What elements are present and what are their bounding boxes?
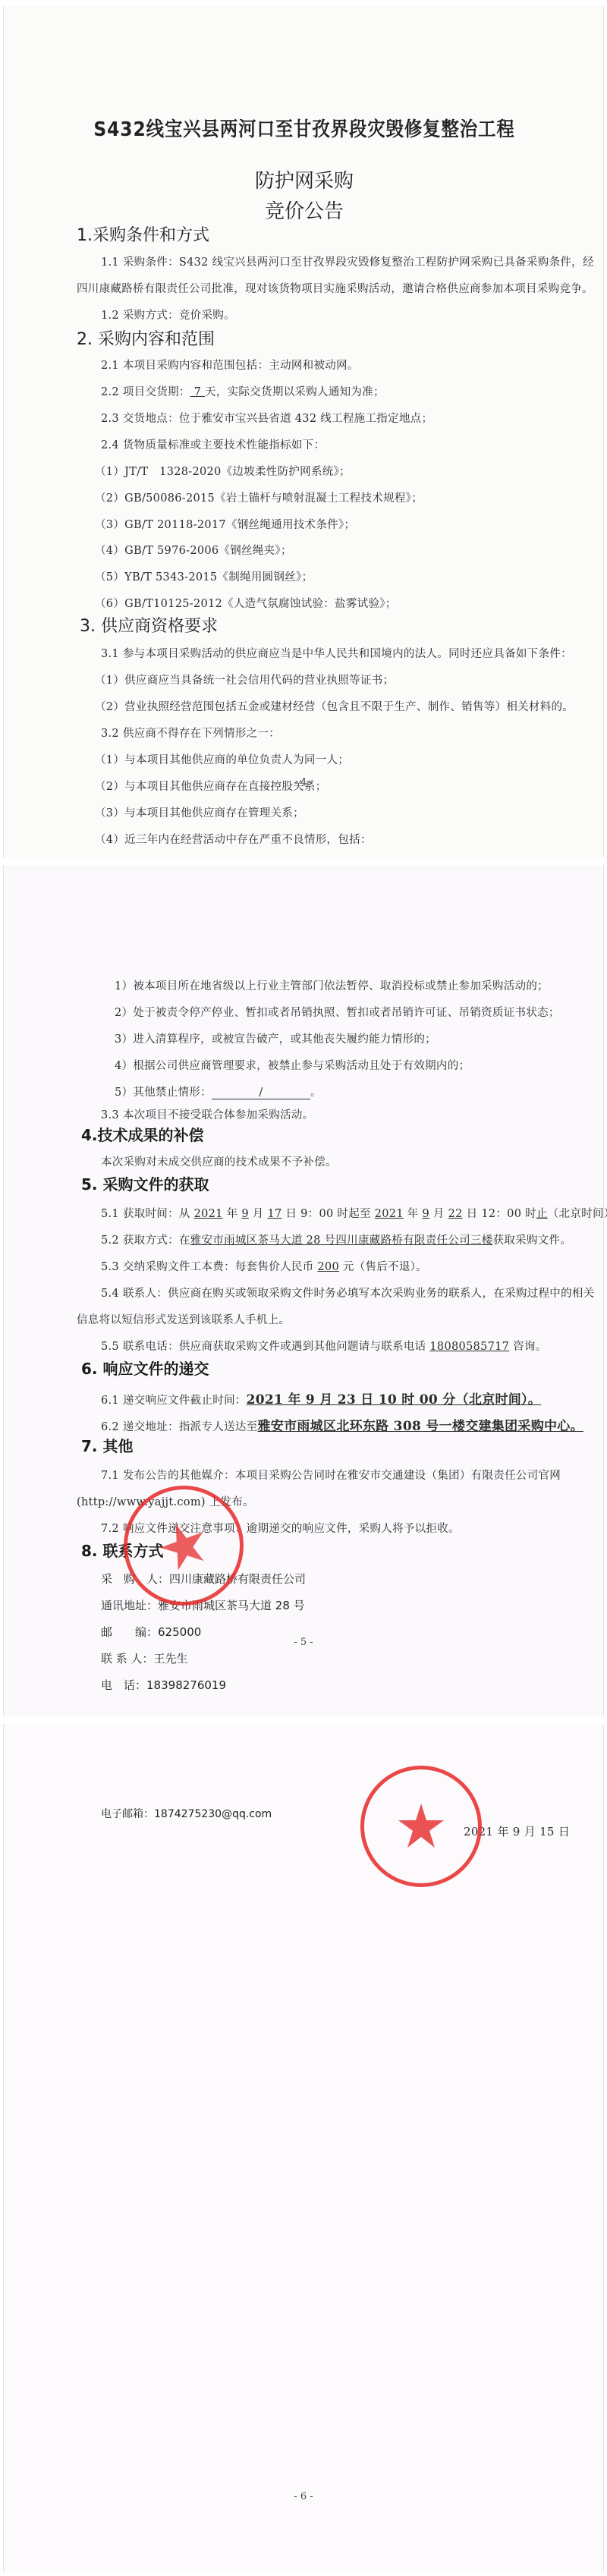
submission-address-label: 6.2 递交地址：指派专人送达至 [101,1421,257,1433]
contact-value: 18398276019 [146,1678,226,1692]
standard-item: （6）GB/T10125-2012《人造气氛腐蚀试验：盐雾试验》； [95,595,397,611]
section-5-heading: 5. 采购文件的获取 [81,1172,209,1194]
contact-phone-label: 5.5 联系电话：供应商获取采购文件或遇到其他问题请与联系电话 [101,1341,429,1353]
section-6-1: 6.1 递交响应文件截止时间：2021 年 9 月 23 日 10 时 00 分… [101,1389,541,1408]
delivery-period-days: 7 [190,386,205,398]
exclusion-subitem: 3）进入清算程序，或被宣告破产，或其他丧失履约能力情形的； [115,1030,436,1046]
acquire-time-label: 5.1 获取时间：从 [101,1208,194,1220]
email-line: 电子邮箱：1874275230@qq.com [101,1806,272,1821]
star-icon [364,1769,478,1883]
acquire-method-label: 5.2 获取方式：在 [101,1235,190,1247]
page-number: - 6 - [3,2491,604,2502]
submission-address: 雅安市雨城区北环东路 308 号一楼交建集团采购中心。 [257,1419,583,1434]
exclusion-subitem: 2）处于被责令停产停业、暂扣或者吊销执照、暂扣或者吊销许可证、吊销资质证书状态； [115,1004,560,1020]
section-3-2: 3.2 供应商不得存在下列情形之一： [101,725,280,741]
delivery-period-suffix: 天，实际交货期以采购人通知为准； [205,386,385,398]
standard-item: （2）GB/50086-2015《岩土锚杆与喷射混凝土工程技术规程》； [95,489,423,505]
start-day: 17 [267,1208,281,1220]
contact-value: 王先生 [154,1652,188,1665]
exclusion-item: （3）与本项目其他供应商存在管理关系； [95,804,304,820]
exclusion-subitem-5: 5）其他禁止情形：/。 [115,1084,322,1099]
section-6-heading: 6. 响应文件的递交 [81,1357,209,1379]
standard-item: （1）JT/T 1328-2020《边坡柔性防护网系统》； [95,463,351,479]
document-title: S432线宝兴县两河口至甘孜界段灾毁修复整治工程 [34,114,575,142]
section-5-4-line2: 信息将以短信形式发送到该联系人手机上。 [77,1311,290,1327]
text: 月 [249,1208,268,1220]
period: 。 [310,1087,322,1099]
exclusion-item: （1）与本项目其他供应商的单位负责人为同一人； [95,751,349,767]
contact-label: 电 话： [101,1678,146,1692]
fee-amount: 200 [317,1261,339,1273]
text: 日 12：00 时 [463,1208,536,1220]
exclusion-subitem: 4）根据公司供应商管理要求，被禁止参与采购活动且处于有效期内的； [115,1057,470,1073]
text: 月 [429,1208,448,1220]
section-1-1-line1: 1.1 采购条件：S432 线宝兴县两河口至甘孜界段灾毁修复整治工程防护网采购已… [101,253,594,269]
exclusion-subitem: 1）被本项目所在地省级以上行业主管部门依法暂停、取消投标或禁止参加采购活动的； [115,977,549,993]
text: 年 [404,1208,423,1220]
document-subtitle-procurement: 防护网采购 [4,165,605,193]
section-1-heading: 1.采购条件和方式 [77,222,209,246]
section-7-1-line1: 7.1 发布公告的其他媒介：本项目采购公告同时在雅安市交通建设（集团）有限责任公… [101,1467,561,1483]
page-number: - 4 - [3,777,604,788]
other-prohibited-blank: / [212,1087,310,1099]
section-5-3: 5.3 交纳采购文件工本费：每套售价人民币 200 元（售后不退）。 [101,1258,427,1274]
standard-item: （3）GB/T 20118-2017《钢丝绳通用技术条件》； [95,516,355,532]
section-1-1-line2: 四川康藏路桥有限责任公司批准，现对该货物项目实施采购活动，邀请合格供应商参加本项… [77,280,593,296]
section-4-text: 本次采购对未成交供应商的技术成果不予补偿。 [101,1153,337,1169]
qualification-item: （2）营业执照经营范围包括五金或建材经营（包含且不限于生产、制作、销售等）相关材… [95,698,574,714]
section-3-3: 3.3 本次项目不接受联合体参加采购活动。 [101,1106,313,1122]
text: 元（售后不退）。 [339,1261,427,1273]
section-2-heading: 2. 采购内容和范围 [77,326,215,350]
deadline-label: 6.1 递交响应文件截止时间： [101,1395,247,1407]
company-seal-stamp [360,1766,482,1887]
section-5-4-line1: 5.4 联系人：供应商在购买或领取采购文件时务必填写本次采购业务的联系人，在采购… [101,1285,594,1301]
email-label: 电子邮箱： [101,1808,154,1820]
standard-item: （5）YB/T 5343-2015《制绳用圆钢丝》； [95,568,313,584]
section-7-heading: 7. 其他 [81,1434,133,1456]
start-year: 2021 [194,1208,223,1220]
section-2-2: 2.2 项目交货期： 7 天，实际交货期以采购人通知为准； [101,383,385,399]
text: （北京时间）。 [548,1208,607,1220]
text: 咨询。 [509,1341,546,1353]
text: 年 [223,1208,242,1220]
text: 日 9：00 时起至 [282,1208,375,1220]
document-page-6: 电子邮箱：1874275230@qq.com 2021 年 9 月 15 日 [3,1724,604,2572]
contact-phone-number: 18080585717 [429,1341,509,1353]
document-page-4: S432线宝兴县两河口至甘孜界段灾毁修复整治工程 防护网采购 竞价公告 1.采购… [3,6,604,857]
exclusion-item: （4）近三年内在经营活动中存在严重不良情形，包括： [95,831,372,847]
submission-deadline: 2021 年 9 月 23 日 10 时 00 分（北京时间）。 [247,1392,541,1408]
qualification-item: （1）供应商应当具备统一社会信用代码的营业执照等证书； [95,672,394,687]
delivery-period-label: 2.2 项目交货期： [101,386,190,398]
text: 止 [536,1208,548,1220]
acquire-location: 雅安市雨城区茶马大道 28 号四川康藏路桥有限责任公司三楼 [190,1235,493,1247]
section-2-4: 2.4 货物质量标准或主要技术性能指标如下： [101,436,325,452]
page-number: - 5 - [3,1637,604,1648]
end-day: 22 [448,1208,463,1220]
document-subtitle-notice: 竞价公告 [4,196,605,224]
section-5-1: 5.1 获取时间：从 2021 年 9 月 17 日 9：00 时起至 2021… [101,1205,607,1221]
section-5-5: 5.5 联系电话：供应商获取采购文件或遇到其他问题请与联系电话 18080585… [101,1338,546,1354]
contact-row: 电 话：18398276019 [101,1677,226,1693]
section-5-2: 5.2 获取方式：在雅安市雨城区茶马大道 28 号四川康藏路桥有限责任公司三楼获… [101,1231,571,1247]
section-4-heading: 4.技术成果的补偿 [81,1123,204,1145]
section-1-2: 1.2 采购方式：竞价采购。 [101,307,235,322]
end-month: 9 [422,1208,429,1220]
document-page-5: 1）被本项目所在地省级以上行业主管部门依法暂停、取消投标或禁止参加采购活动的； … [3,865,604,1716]
section-6-2: 6.2 递交地址：指派专人送达至雅安市雨城区北环东路 308 号一楼交建集团采购… [101,1415,583,1434]
fee-label: 5.3 交纳采购文件工本费：每套售价人民币 [101,1261,317,1273]
end-year: 2021 [375,1208,404,1220]
standard-item: （4）GB/T 5976-2006《钢丝绳夹》； [95,542,292,558]
email-address: 1874275230@qq.com [154,1808,272,1820]
section-2-1: 2.1 本项目采购内容和范围包括：主动网和被动网。 [101,357,359,373]
other-prohibited-label: 5）其他禁止情形： [115,1087,212,1099]
section-2-3: 2.3 交货地点：位于雅安市宝兴县省道 432 线工程施工指定地点； [101,410,432,426]
text: 获取采购文件。 [493,1235,572,1247]
contact-label: 联 系 人： [101,1652,154,1665]
section-3-1: 3.1 参与本项目采购活动的供应商应当是中华人民共和国境内的法人。同时还应具备如… [101,645,572,661]
start-month: 9 [241,1208,249,1220]
contact-row: 联 系 人：王先生 [101,1650,188,1666]
section-3-heading: 3. 供应商资格要求 [80,613,218,637]
